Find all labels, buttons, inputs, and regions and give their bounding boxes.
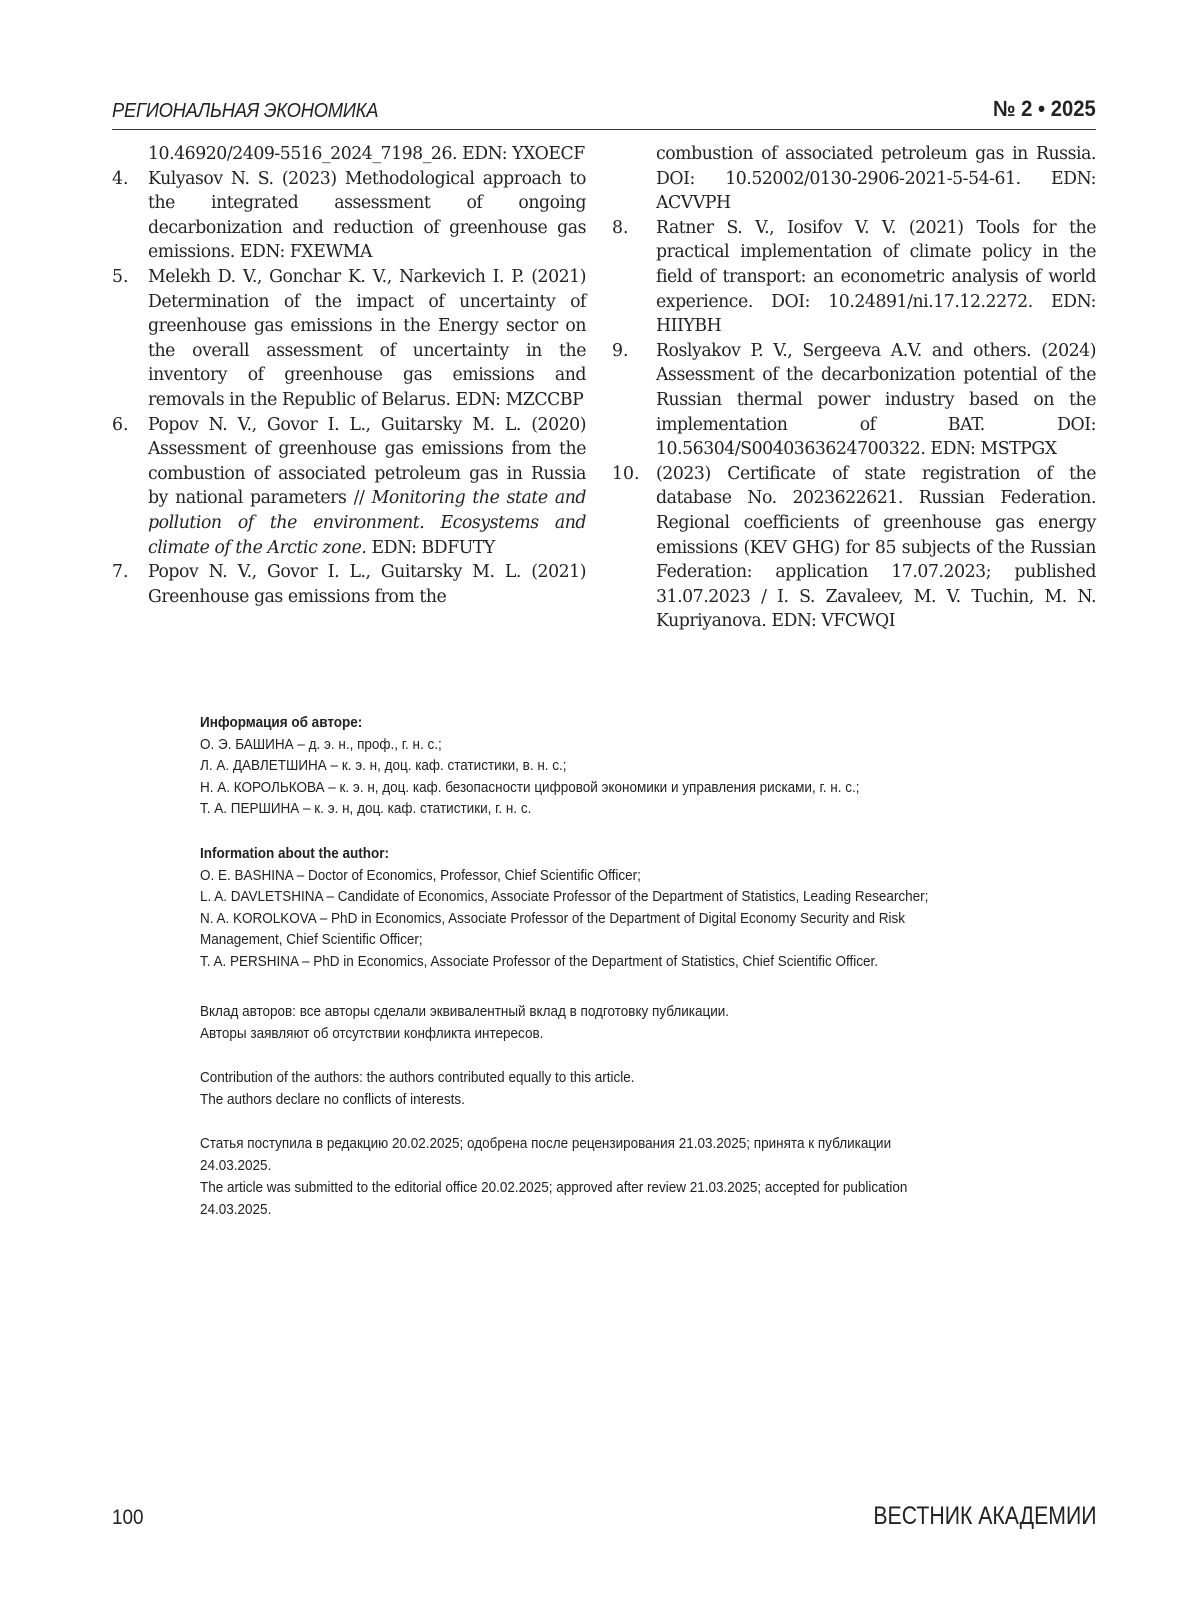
author-line: Т. А. ПЕРШИНА – к. э. н, доц. каф. стати…: [200, 798, 1006, 820]
history-line: 24.03.2025.: [200, 1155, 1006, 1177]
reference-number: 6.: [112, 413, 129, 438]
references-right-column: combustion of associated petroleum gas i…: [620, 142, 1096, 634]
reference-number: 5.: [112, 265, 129, 290]
article-history-en: The article was submitted to the editori…: [200, 1177, 1096, 1220]
reference-text: (2023) Certificate of state registration…: [656, 462, 1096, 634]
reference-item: 10.46920/2409-5516_2024_7198_26. EDN: YX…: [112, 142, 586, 167]
author-line: N. A. KOROLKOVA – PhD in Economics, Asso…: [200, 908, 1006, 930]
reference-item: combustion of associated petroleum gas i…: [620, 142, 1096, 216]
contribution-line: Contribution of the authors: the authors…: [200, 1067, 1006, 1089]
history-line: The article was submitted to the editori…: [200, 1177, 1006, 1199]
reference-text: Roslyakov P. V., Sergeeva A.V. and other…: [656, 339, 1096, 462]
contribution-ru: Вклад авторов: все авторы сделали эквива…: [200, 1001, 1096, 1044]
journal-name: ВЕСТНИК АКАДЕМИИ: [873, 1502, 1096, 1531]
journal-section-title: РЕГИОНАЛЬНАЯ ЭКОНОМИКА: [112, 100, 378, 123]
reference-text: Popov N. V., Govor I. L., Guitarsky M. L…: [148, 560, 586, 609]
reference-text: Kulyasov N. S. (2023) Methodological app…: [148, 167, 586, 265]
author-line: Л. А. ДАВЛЕТШИНА – к. э. н, доц. каф. ст…: [200, 755, 1006, 777]
page-header: РЕГИОНАЛЬНАЯ ЭКОНОМИКА № 2 • 2025: [112, 92, 1096, 130]
reference-number: 4.: [112, 167, 129, 192]
reference-text: Popov N. V., Govor I. L., Guitarsky M. L…: [148, 413, 586, 561]
author-info-ru-heading: Информация об авторе:: [200, 712, 1006, 734]
reference-number: 7.: [112, 560, 129, 585]
conflict-line: Авторы заявляют об отсутствии конфликта …: [200, 1023, 1006, 1045]
history-line: 24.03.2025.: [200, 1199, 1006, 1221]
reference-text: Melekh D. V., Gonchar K. V., Narkevich I…: [148, 265, 586, 413]
reference-item: 7. Popov N. V., Govor I. L., Guitarsky M…: [112, 560, 586, 609]
author-info-en-heading: Information about the author:: [200, 843, 1006, 865]
page-number: 100: [112, 1506, 144, 1530]
reference-item: 8. Ratner S. V., Iosifov V. V. (2021) To…: [620, 216, 1096, 339]
history-line: Статья поступила в редакцию 20.02.2025; …: [200, 1133, 1006, 1155]
contribution-line: Вклад авторов: все авторы сделали эквива…: [200, 1001, 1006, 1023]
reference-text: Ratner S. V., Iosifov V. V. (2021) Tools…: [656, 216, 1096, 339]
reference-text: combustion of associated petroleum gas i…: [656, 142, 1096, 216]
author-line: О. Э. БАШИНА – д. э. н., проф., г. н. с.…: [200, 734, 1006, 756]
author-line: Management, Chief Scientific Officer;: [200, 929, 1006, 951]
author-info-en: Information about the author: O. E. BASH…: [200, 843, 1096, 972]
contribution-en: Contribution of the authors: the authors…: [200, 1067, 1096, 1110]
author-line: O. E. BASHINA – Doctor of Economics, Pro…: [200, 865, 1006, 887]
reference-item: 9. Roslyakov P. V., Sergeeva A.V. and ot…: [620, 339, 1096, 462]
author-line: Н. А. КОРОЛЬКОВА – к. э. н, доц. каф. бе…: [200, 777, 1006, 799]
author-info-ru: Информация об авторе: О. Э. БАШИНА – д. …: [200, 712, 1096, 820]
author-line: T. A. PERSHINA – PhD in Economics, Assoc…: [200, 951, 1006, 973]
reference-number: 9.: [612, 339, 629, 364]
author-line: L. A. DAVLETSHINA – Candidate of Economi…: [200, 886, 1006, 908]
reference-number: 10.: [612, 462, 639, 487]
conflict-line: The authors declare no conflicts of inte…: [200, 1089, 1006, 1111]
reference-item: 10. (2023) Certificate of state registra…: [620, 462, 1096, 634]
reference-item: 6. Popov N. V., Govor I. L., Guitarsky M…: [112, 413, 586, 561]
reference-number: 8.: [612, 216, 629, 241]
references-left-column: 10.46920/2409-5516_2024_7198_26. EDN: YX…: [112, 142, 586, 609]
reference-item: 5. Melekh D. V., Gonchar K. V., Narkevic…: [112, 265, 586, 413]
reference-item: 4. Kulyasov N. S. (2023) Methodological …: [112, 167, 586, 265]
issue-number: № 2 • 2025: [993, 96, 1096, 122]
reference-text: 10.46920/2409-5516_2024_7198_26. EDN: YX…: [148, 142, 586, 167]
article-history-ru: Статья поступила в редакцию 20.02.2025; …: [200, 1133, 1096, 1176]
